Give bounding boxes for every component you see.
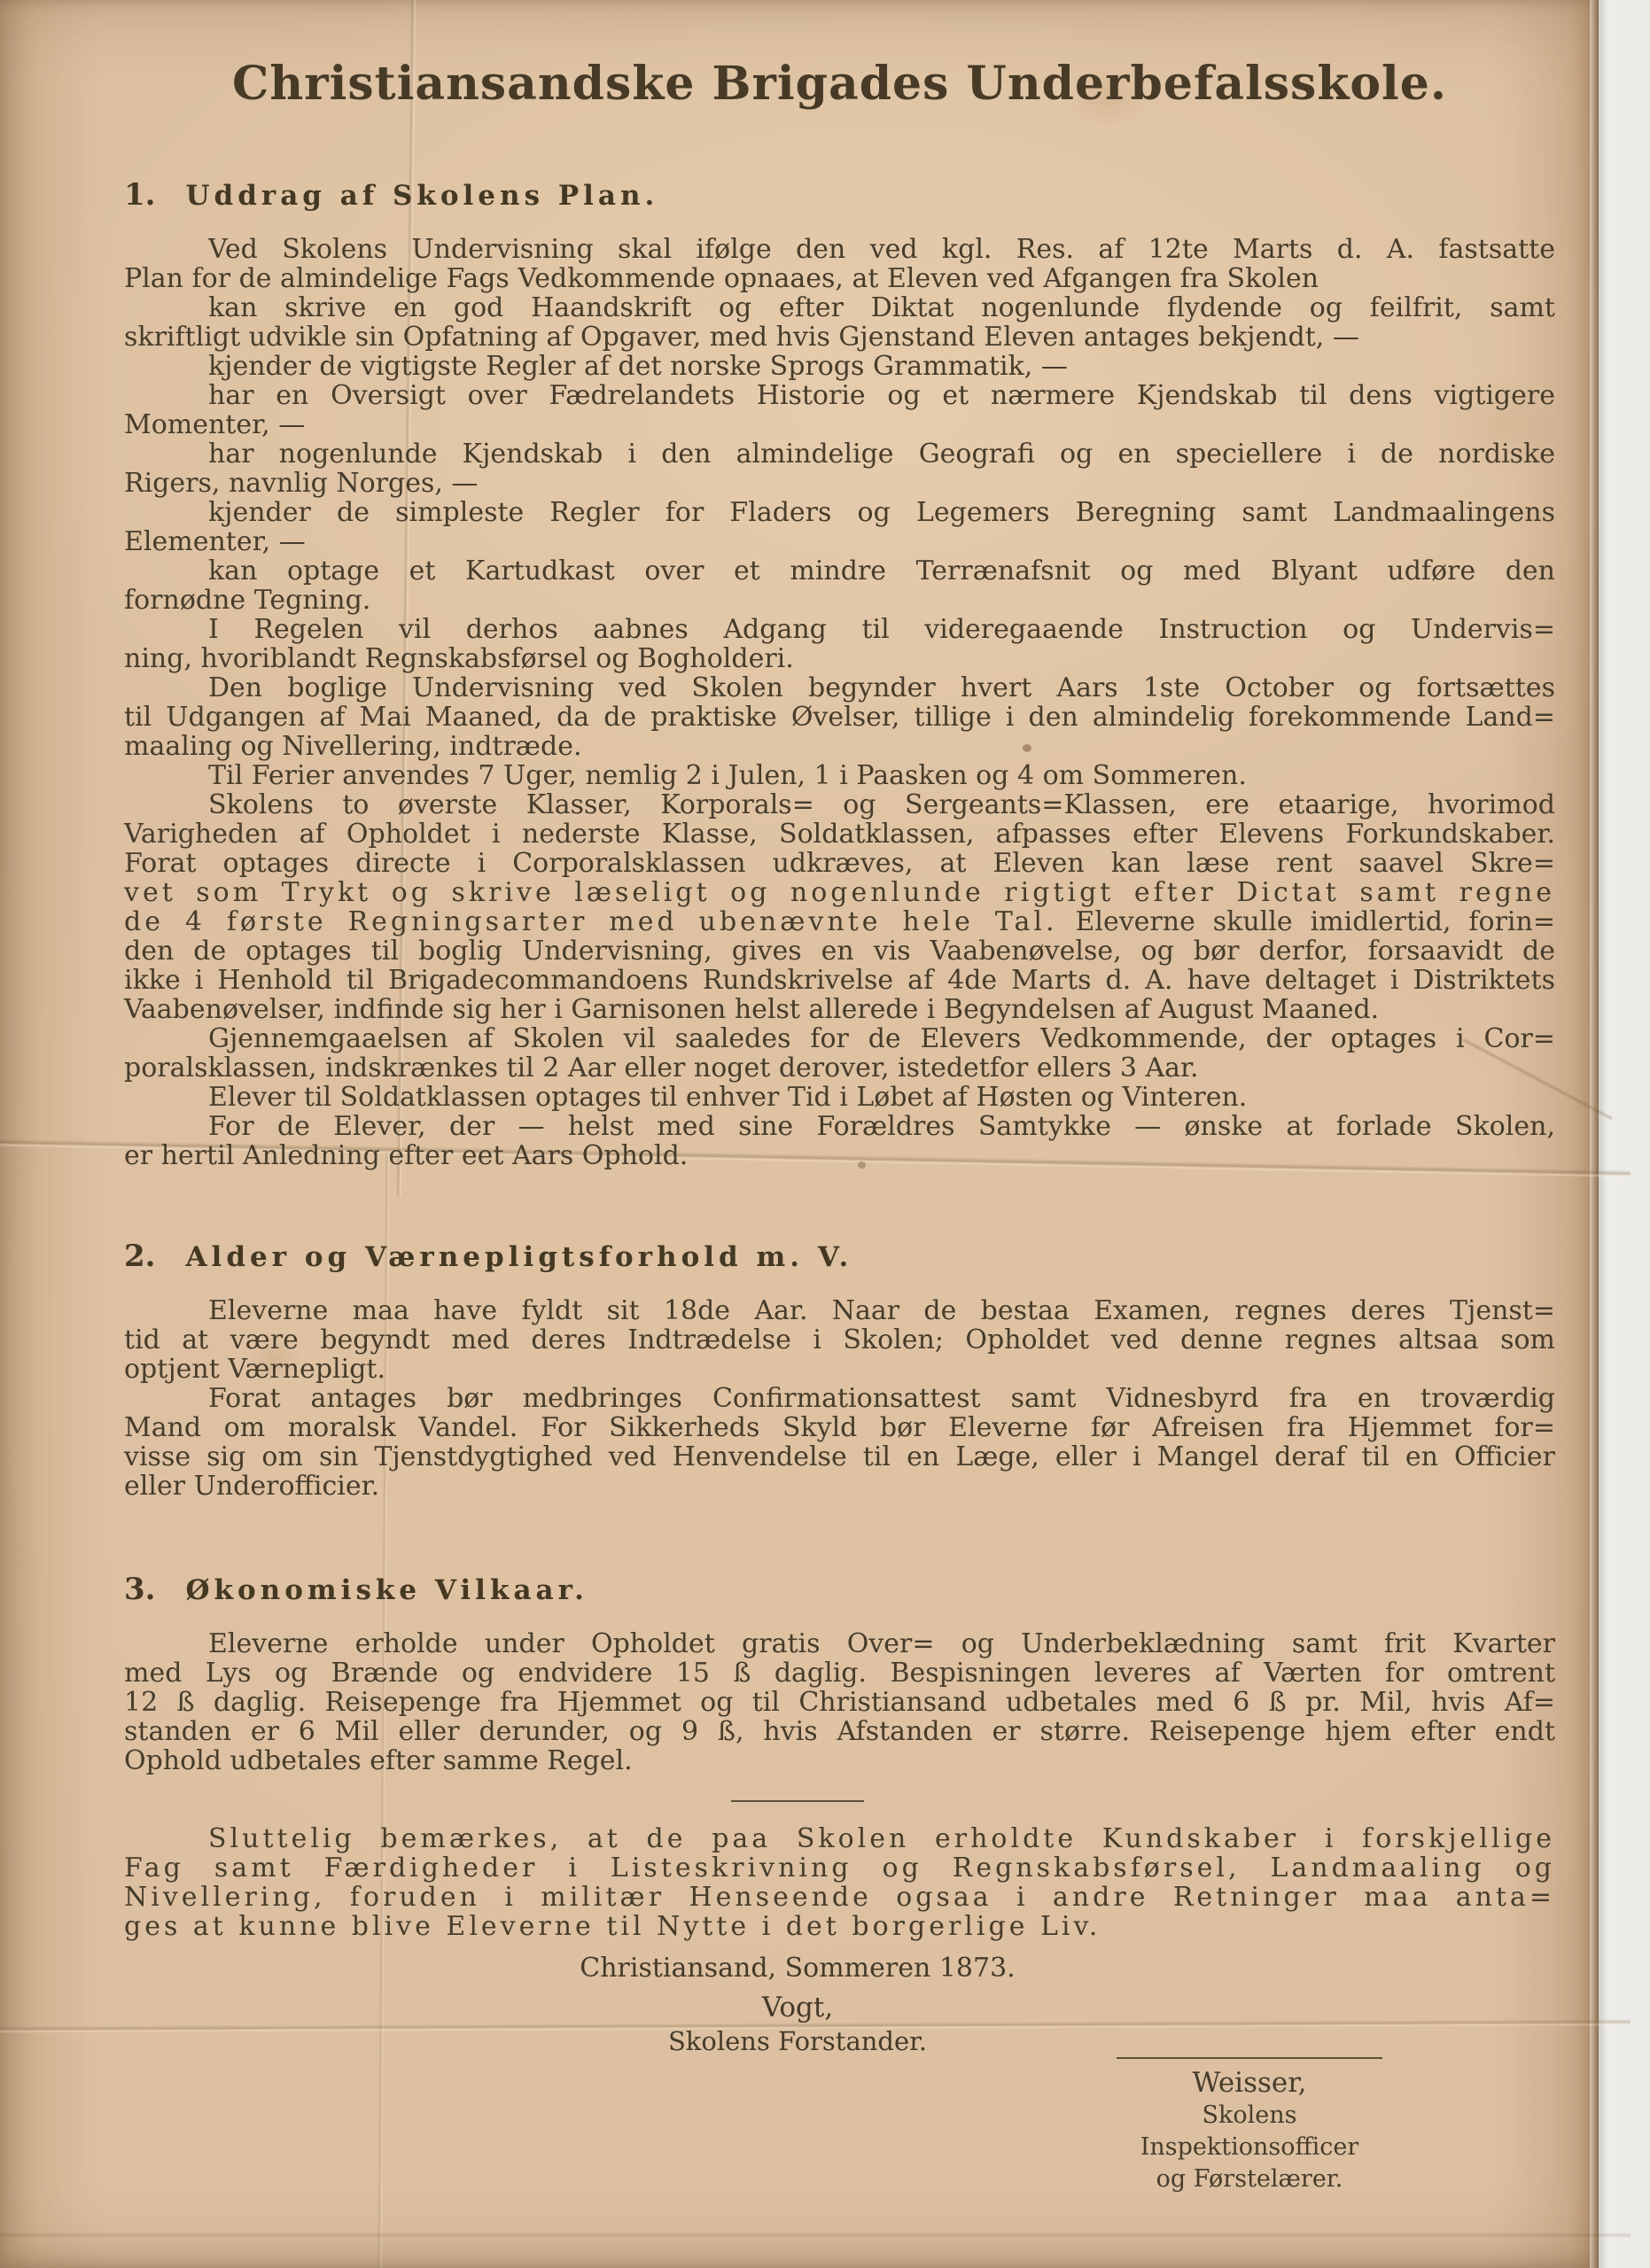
right-signature-block: Weisser, Skolens Inspektionsofficer og F… bbox=[1112, 2057, 1387, 2195]
signature-name-vogt: Vogt, bbox=[124, 1991, 1471, 2024]
text-line: Sluttelig bemærkes, at de paa Skolen erh… bbox=[124, 1821, 1555, 1851]
text-line: Momenter, — bbox=[124, 410, 1555, 439]
spaced-text-part: de 4 første Regningsarter med ubenævnte … bbox=[124, 906, 1058, 937]
text-line: Gjennemgaaelsen af Skolen vil saaledes f… bbox=[124, 1024, 1555, 1053]
text-line: kjender de simpleste Regler for Fladers … bbox=[124, 498, 1555, 527]
signature-role-line1: Skolens Inspektionsofficer bbox=[1112, 2100, 1387, 2163]
signature-role-forstander: Skolens Forstander. bbox=[124, 2024, 1471, 2058]
text-line: de 4 første Regningsarter med ubenævnte … bbox=[124, 907, 1555, 936]
section-2-heading: 2.Alder og Værnepligtsforhold m. V. bbox=[124, 1237, 1555, 1277]
section-number: 1. bbox=[124, 177, 156, 213]
text-line: kan optage et Kartudkast over et mindre … bbox=[124, 556, 1555, 586]
text-line: Plan for de almindelige Fags Vedkommende… bbox=[124, 264, 1555, 293]
closing-divider-rule bbox=[731, 1800, 864, 1802]
text-line: maaling og Nivellering, indtræde. bbox=[124, 732, 1555, 761]
scanner-background-strip bbox=[1599, 0, 1650, 2268]
section-title: Alder og Værnepligtsforhold m. V. bbox=[186, 1241, 853, 1273]
section-title: Uddrag af Skolens Plan. bbox=[186, 180, 659, 212]
text-line: Den boglige Undervisning ved Skolen begy… bbox=[124, 673, 1555, 703]
section-1: 1.Uddrag af Skolens Plan. Ved Skolens Un… bbox=[124, 175, 1555, 1170]
section-1-body: Ved Skolens Undervisning skal ifølge den… bbox=[124, 235, 1555, 1170]
signature-role-line2: og Førstelærer. bbox=[1112, 2163, 1387, 2195]
text-line: fornødne Tegning. bbox=[124, 586, 1555, 615]
section-3-heading: 3.Økonomiske Vilkaar. bbox=[124, 1570, 1555, 1610]
section-3-body: Eleverne erholde under Opholdet gratis O… bbox=[124, 1629, 1555, 1775]
text-line: Ophold udbetales efter samme Regel. bbox=[124, 1746, 1555, 1775]
dateline: Christiansand, Sommeren 1873. bbox=[124, 1952, 1471, 1985]
text-line: har nogenlunde Kjendskab i den almindeli… bbox=[124, 439, 1555, 469]
text-line: kjender de vigtigste Regler af det norsk… bbox=[124, 352, 1555, 381]
section-number: 3. bbox=[124, 1572, 156, 1607]
section-2: 2.Alder og Værnepligtsforhold m. V. Elev… bbox=[124, 1237, 1555, 1501]
scanned-document-page: { "doc": { "title": "Christiansandske Br… bbox=[0, 0, 1650, 2268]
signature-rule bbox=[1117, 2057, 1382, 2059]
text-line: skriftligt udvikle sin Opfatning af Opga… bbox=[124, 322, 1555, 352]
signature-name-weisser: Weisser, bbox=[1112, 2066, 1387, 2100]
text-line: Fag samt Færdigheder i Listeskrivning og… bbox=[124, 1851, 1555, 1880]
text-line: Forat optages directe i Corporalsklassen… bbox=[124, 849, 1555, 878]
text-line: Elementer, — bbox=[124, 527, 1555, 556]
text-line: den de optages til boglig Undervisning, … bbox=[124, 936, 1555, 966]
text-line: ges at kunne blive Eleverne til Nytte i … bbox=[124, 1909, 1555, 1945]
closing-paragraph: Sluttelig bemærkes, at de paa Skolen erh… bbox=[124, 1821, 1555, 1945]
text-line: eller Underofficier. bbox=[124, 1472, 1555, 1501]
text-line: Elever til Soldatklassen optages til enh… bbox=[124, 1083, 1555, 1112]
dateline-signature-block: Christiansand, Sommeren 1873. Vogt, Skol… bbox=[124, 1952, 1471, 2058]
text-line: vet som Trykt og skrive læseligt og noge… bbox=[124, 878, 1555, 907]
text-line: Eleverne maa have fyldt sit 18de Aar. Na… bbox=[124, 1296, 1555, 1325]
text-line: tid at være begyndt med deres Indtrædels… bbox=[124, 1325, 1555, 1355]
text-line: Eleverne erholde under Opholdet gratis O… bbox=[124, 1629, 1555, 1658]
text-line: Ved Skolens Undervisning skal ifølge den… bbox=[124, 235, 1555, 264]
section-number: 2. bbox=[124, 1239, 156, 1274]
text-line: Forat antages bør medbringes Confirmatio… bbox=[124, 1384, 1555, 1413]
text-line: Varigheden af Opholdet i nederste Klasse… bbox=[124, 819, 1555, 849]
text-line: kan skrive en god Haandskrift og efter D… bbox=[124, 293, 1555, 322]
text-line: ikke i Henhold til Brigadecommandoens Ru… bbox=[124, 966, 1555, 995]
section-2-body: Eleverne maa have fyldt sit 18de Aar. Na… bbox=[124, 1296, 1555, 1501]
text-line: ning, hvoriblandt Regnskabsførsel og Bog… bbox=[124, 644, 1555, 673]
text-line: I Regelen vil derhos aabnes Adgang til v… bbox=[124, 615, 1555, 644]
document-content: Christiansandske Brigades Underbefalssko… bbox=[124, 0, 1555, 2058]
text-line: Rigers, navnlig Norges, — bbox=[124, 469, 1555, 498]
section-1-heading: 1.Uddrag af Skolens Plan. bbox=[124, 175, 1555, 215]
document-title: Christiansandske Brigades Underbefalssko… bbox=[124, 51, 1555, 117]
text-line: Vaabenøvelser, indfinde sig her i Garnis… bbox=[124, 995, 1555, 1024]
section-3: 3.Økonomiske Vilkaar. Eleverne erholde u… bbox=[124, 1570, 1555, 1775]
normal-text-part: Eleverne skulle imidlertid, forin= bbox=[1058, 906, 1555, 937]
text-line: For de Elever, der — helst med sine Foræ… bbox=[124, 1112, 1555, 1141]
text-line: visse sig om sin Tjenstdygtighed ved Hen… bbox=[124, 1442, 1555, 1472]
text-line: Skolens to øverste Klasser, Korporals= o… bbox=[124, 790, 1555, 819]
text-line: til Udgangen af Mai Maaned, da de prakti… bbox=[124, 703, 1555, 732]
text-line: standen er 6 Mil eller derunder, og 9 ß,… bbox=[124, 1717, 1555, 1746]
text-line: 12 ß daglig. Reisepenge fra Hjemmet og t… bbox=[124, 1688, 1555, 1717]
horizontal-fold-crease-edge bbox=[0, 2233, 1631, 2238]
text-line: Nivellering, foruden i militær Henseende… bbox=[124, 1880, 1555, 1909]
text-line: med Lys og Brænde og endvidere 15 ß dagl… bbox=[124, 1658, 1555, 1688]
text-line: har en Oversigt over Fædrelandets Histor… bbox=[124, 381, 1555, 410]
text-line: poralsklassen, indskrænkes til 2 Aar ell… bbox=[124, 1053, 1555, 1083]
text-line: Mand om moralsk Vandel. For Sikkerheds S… bbox=[124, 1413, 1555, 1442]
text-line: Til Ferier anvendes 7 Uger, nemlig 2 i J… bbox=[124, 761, 1555, 790]
section-title: Økonomiske Vilkaar. bbox=[186, 1574, 588, 1606]
text-line: er hertil Anledning efter eet Aars Ophol… bbox=[124, 1141, 1555, 1170]
text-line: optjent Værnepligt. bbox=[124, 1355, 1555, 1384]
paper-right-edge bbox=[1590, 0, 1599, 2268]
